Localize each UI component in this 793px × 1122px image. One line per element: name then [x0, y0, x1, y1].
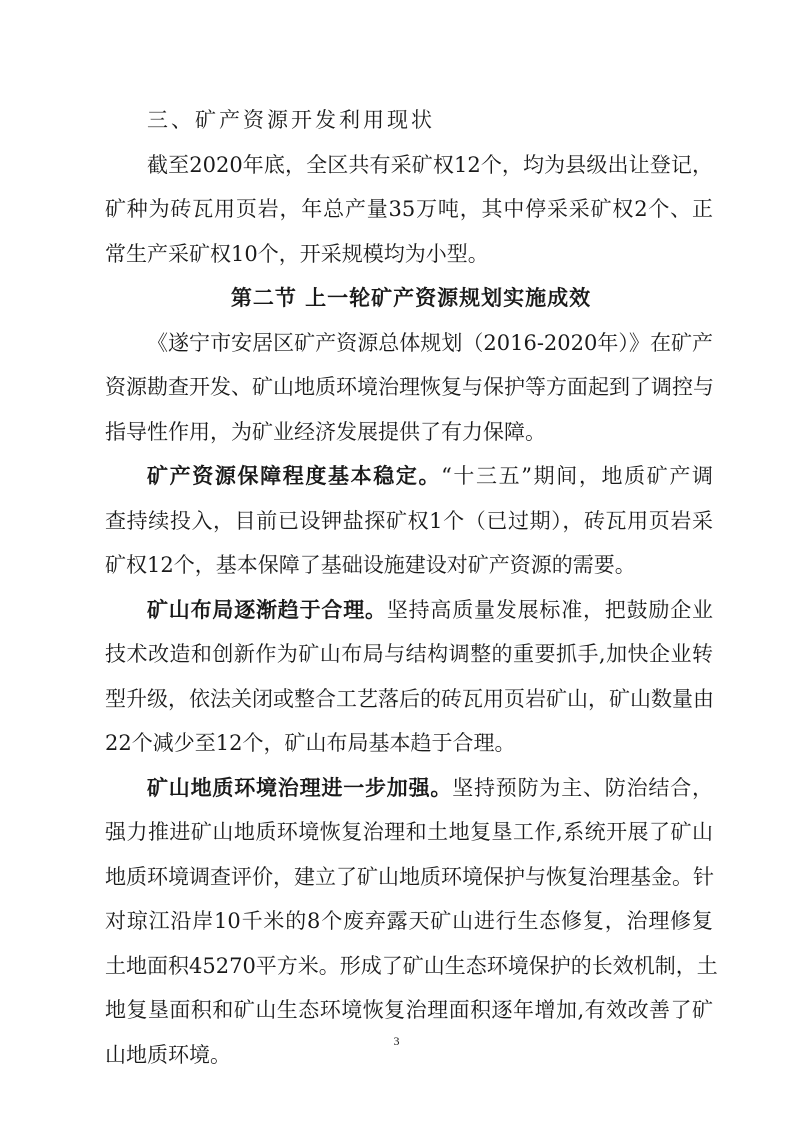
text-line: 矿权12个，基本保障了基础设施建设对矿产资源的需要。	[105, 543, 713, 588]
text-run: 坚持预防为主、防治结合，	[452, 776, 713, 800]
paragraph-plan-intro: 《遂宁市安居区矿产资源总体规划（2016-2020年）》在矿产 资源勘查开发、矿…	[105, 321, 713, 455]
text-line: 土地面积45270平方米。形成了矿山生态环境保护的长效机制，土	[105, 944, 713, 989]
document-page: 三、矿产资源开发利用现状 截至2020年底，全区共有采矿权12个，均为县级出让登…	[105, 98, 713, 1077]
text-line: 技术改造和创新作为矿山布局与结构调整的重要抓手,加快企业转	[105, 632, 713, 677]
text-line: 型升级，依法关闭或整合工艺落后的砖瓦用页岩矿山，矿山数量由	[105, 677, 713, 722]
text-run: “十三五”期间，地质矿产调	[441, 464, 713, 488]
paragraph-mining-status: 截至2020年底，全区共有采矿权12个，均为县级出让登记， 矿种为砖瓦用页岩，年…	[105, 143, 713, 277]
paragraph-resource-guarantee: 矿产资源保障程度基本稳定。“十三五”期间，地质矿产调 查持续投入，目前已设钾盐探…	[105, 454, 713, 588]
text-line: 资源勘查开发、矿山地质环境治理恢复与保护等方面起到了调控与	[105, 365, 713, 410]
text-run: 坚持高质量发展标准，把鼓励企业	[387, 598, 713, 622]
paragraph-mine-layout: 矿山布局逐渐趋于合理。坚持高质量发展标准，把鼓励企业 技术改造和创新作为矿山布局…	[105, 588, 713, 766]
text-line: 矿产资源保障程度基本稳定。“十三五”期间，地质矿产调	[105, 454, 713, 499]
bold-lead-sentence: 矿山地质环境治理进一步加强。	[147, 775, 452, 800]
text-line: 地质环境调查评价，建立了矿山地质环境保护与恢复治理基金。针	[105, 855, 713, 900]
text-line: 《遂宁市安居区矿产资源总体规划（2016-2020年）》在矿产	[105, 321, 713, 366]
text-line: 强力推进矿山地质环境恢复治理和土地复垦工作,系统开展了矿山	[105, 810, 713, 855]
bold-lead-sentence: 矿产资源保障程度基本稳定。	[147, 463, 441, 488]
text-line: 矿种为砖瓦用页岩，年总产量35万吨，其中停采采矿权2个、正	[105, 187, 713, 232]
text-line: 对琼江沿岸10千米的8个废弃露天矿山进行生态修复，治理修复	[105, 899, 713, 944]
paragraph-geo-environment: 矿山地质环境治理进一步加强。坚持预防为主、防治结合， 强力推进矿山地质环境恢复治…	[105, 766, 713, 1078]
text-line: 矿山布局逐渐趋于合理。坚持高质量发展标准，把鼓励企业	[105, 588, 713, 633]
text-line: 查持续投入，目前已设钾盐探矿权1个（已过期），砖瓦用页岩采	[105, 499, 713, 544]
text-line: 指导性作用，为矿业经济发展提供了有力保障。	[105, 410, 713, 455]
text-line: 常生产采矿权10个，开采规模均为小型。	[105, 232, 713, 277]
text-line: 矿山地质环境治理进一步加强。坚持预防为主、防治结合，	[105, 766, 713, 811]
text-line: 截至2020年底，全区共有采矿权12个，均为县级出让登记，	[105, 143, 713, 188]
bold-lead-sentence: 矿山布局逐渐趋于合理。	[147, 597, 387, 622]
subheading-mining-status: 三、矿产资源开发利用现状	[105, 98, 713, 143]
section-title: 第二节 上一轮矿产资源规划实施成效	[105, 276, 713, 321]
page-number: 3	[0, 1034, 793, 1049]
text-line: 地复垦面积和矿山生态环境恢复治理面积逐年增加,有效改善了矿	[105, 988, 713, 1033]
text-line: 22个减少至12个，矿山布局基本趋于合理。	[105, 721, 713, 766]
